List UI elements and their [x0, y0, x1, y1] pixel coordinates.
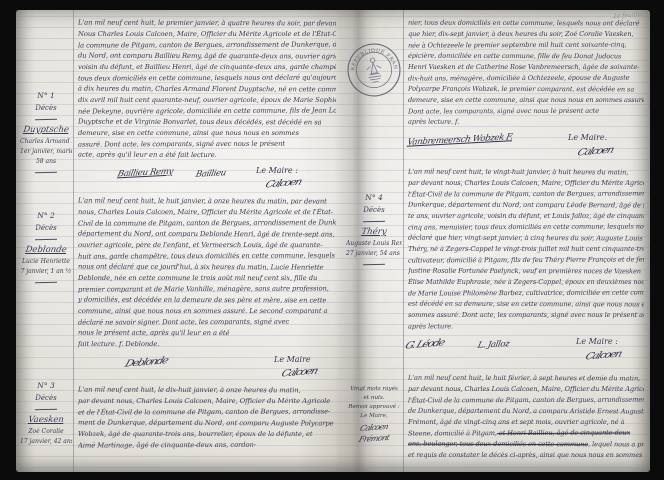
handwritten-line: nous, Charles Louis Calcoen, Maire, Offi…: [78, 207, 336, 218]
correction-margin-note: Vingt mots rayés et nuls. Renvoi approuv…: [344, 385, 404, 443]
margin-entry-2: N° 2 Décès Deblonde Lucie Henriette 7 ja…: [20, 210, 72, 287]
margin-detail: 58 ans: [20, 157, 72, 167]
margin-entry-3: N° 3 Décès Vaesken Zoé Coralie 17 janvie…: [20, 380, 72, 447]
margin-entry-4: N° 4 Décès Théry Auguste Louis René 27 j…: [346, 192, 402, 269]
handwritten-line: Justine Rosalie Fortunée Paelynck, veuf …: [408, 266, 644, 278]
le-maire-label: Le Maire :: [576, 337, 618, 346]
handwritten-line: L'an mil neuf cent huit, le premier janv…: [78, 18, 336, 30]
margin-rule: [363, 221, 385, 222]
le-maire-label: Le Maire: [274, 355, 311, 364]
right-text-column: nier, tous deux domiciliés en cette comm…: [408, 18, 644, 461]
handwritten-line: par devant nous, Charles Louis Calcoen, …: [408, 178, 644, 189]
margin-detail: Zoé Coralie: [20, 427, 72, 437]
margin-detail: 17 janvier, 42 ans: [20, 437, 72, 447]
deceased-name: Deblonde: [19, 244, 73, 257]
margin-entry-1: N° 1 Décès Duyptsche Charles Armand Flor…: [20, 90, 72, 177]
margin-detail: 1er janvier, marié: [20, 147, 72, 157]
act-category: Décès: [346, 204, 402, 216]
margin-rule: [35, 409, 57, 410]
handwritten-line: te ans, ouvrier agricole, voisin du défu…: [408, 211, 644, 222]
handwritten-line: Nous Charles Louis Calcoen, Maire, Offic…: [78, 29, 336, 40]
le-maire-label: Le Maire :: [256, 166, 298, 175]
handwritten-line: Frémont, âgé de vingt-cinq ans et sept m…: [408, 417, 644, 428]
handwritten-line: née à Ochtezeele le premier septembre mi…: [408, 39, 644, 51]
margin-detail: 7 janvier, 1 an ½: [20, 267, 72, 277]
handwritten-line: Aimé Martinage, âgé de cinquante-deux an…: [78, 439, 336, 451]
margin-detail: 27 janvier, 54 ans ½: [346, 249, 402, 259]
act-3-signatures: Vanbremeersch Wobzek F. Le Maire. Calcoe…: [408, 133, 644, 163]
act-4-signatures: G. Léode L. Jalloz Le Maire : Calcoen: [408, 337, 644, 369]
handwritten-line: Steene, domicilié à Pitgam, et Henri Bai…: [408, 427, 644, 439]
margin-rule: [363, 264, 385, 265]
handwritten-line: et requis de constater le décès ci-après…: [408, 450, 644, 461]
struck-text: et Henri Baillieu, âgé de cinquante-deux: [497, 429, 630, 438]
handwritten-line: Deblonde, née en cette commune le trois …: [78, 273, 336, 284]
mayor-signature: Calcoen: [584, 349, 623, 363]
handwritten-line: Henri Vaesken et de Catherine Rose Vanbr…: [408, 62, 644, 73]
act-number: N° 3: [20, 380, 72, 392]
handwritten-line: Duyptsche et de Virginie Bonvarlet, tous…: [78, 117, 336, 129]
official-stamp-icon: RÉPUBLIQUE FRANÇAISE: [342, 38, 405, 101]
declarant-signature: Vanbremeersch Wobzek F.: [406, 132, 513, 147]
handwritten-line: nier, tous deux domiciliés en cette comm…: [408, 18, 644, 30]
declarant-signature: Baillieu Remy: [117, 167, 174, 180]
declarant-signature: Deblonde: [123, 355, 169, 370]
act-1-signatures: Baillieu Remy Baillieu Le Maire : Calcoe…: [78, 166, 336, 192]
act-category: Décès: [20, 222, 72, 234]
handwritten-line: Dont acte, les comparants, signé avec no…: [408, 105, 644, 117]
handwritten-line: l'État-Civil de la commune de Pitgam, ca…: [408, 394, 644, 406]
margin-divider-line: [73, 10, 74, 472]
scanned-register-spread: { "scan": { "stamp_text": "RÉPUBLIQUE FR…: [0, 0, 664, 480]
handwritten-line: nous le présent acte, après qu'il leur e…: [78, 328, 336, 340]
struck-text: ans, boulanger, tous deux domiciliés en …: [408, 440, 588, 449]
text-segment: , lequel nous a présenté: [588, 440, 644, 448]
handwritten-line: épicière, domiciliée en cette commune, f…: [408, 51, 644, 63]
mayor-signature: Calcoen: [576, 145, 615, 159]
le-maire-label: Le Maire.: [568, 133, 607, 142]
right-page: 2e feuillet RÉPUBLIQUE FRANÇAISE N° 4 Dé…: [342, 10, 650, 472]
declarant-signature: Baillieu: [195, 168, 227, 180]
handwritten-line: par devant nous, Charles Louis Calcoen, …: [78, 396, 336, 407]
handwritten-line: ouvrier agricole, père de l'enfant, et V…: [78, 240, 336, 251]
handwritten-line: de Dunkerque, département du Nord, a com…: [408, 406, 644, 418]
handwritten-line: cinq ans, menuisier, tous deux domicilié…: [408, 221, 644, 233]
handwritten-line: fait lecture. f. Deblonde.: [78, 339, 336, 350]
margin-rule: [35, 119, 57, 120]
handwritten-line: ment de Dunkerque, département du Nord, …: [78, 418, 336, 430]
handwritten-line: Polycarpe François Wobzek, le premier co…: [408, 84, 644, 96]
handwritten-line: du Nord, ont comparu Baillieu Remy, âgé …: [78, 51, 336, 63]
register-paper: N° 1 Décès Duyptsche Charles Armand Flor…: [16, 10, 650, 472]
handwritten-line: de Marie Louise Philomène Barbez, cultiv…: [408, 287, 644, 299]
margin-rule: [35, 239, 57, 240]
handwritten-line: commune, ainsi que nous nous en sommes a…: [78, 306, 336, 317]
handwritten-line: Wobzek, âgé de quarante-trois ans, bourr…: [78, 429, 336, 440]
margin-rule: [35, 172, 57, 173]
act-category: Décès: [20, 102, 72, 114]
handwritten-line: par devant nous, Charles Louis Calcoen, …: [408, 384, 644, 395]
death-act-5-text: L'an mil neuf cent huit, le huit février…: [408, 373, 644, 461]
handwritten-line: demeure, sise en cette commune, ainsi qu…: [408, 95, 644, 106]
handwritten-line: est décédé en sa demeure, sise en cette …: [408, 299, 644, 311]
handwritten-line: après lecture. f.: [408, 117, 644, 129]
handwritten-line: y domiciliés, est décédée en la demeure …: [78, 295, 336, 307]
handwritten-line: Théry, né à Zegers-Cappel le vingt-trois…: [408, 244, 644, 255]
handwritten-line: que hier, dix-sept janvier, à deux heure…: [408, 29, 644, 40]
deceased-name: Théry: [345, 226, 403, 239]
text-segment: Steene, domicilié à Pitgam,: [408, 429, 497, 437]
margin-detail: Charles Armand Florent: [20, 137, 72, 147]
handwritten-line: Élise Mathilde Euphrasie, née à Zegers-C…: [408, 277, 644, 288]
act-number: N° 4: [346, 192, 402, 204]
death-act-2-text: L'an mil neuf cent huit, le huit janvier…: [78, 196, 336, 350]
margin-detail: Auguste Louis René: [346, 239, 402, 249]
margin-rule: [35, 282, 57, 283]
declarant-signature: L. Jalloz: [477, 339, 510, 351]
handwritten-line: cultivateur, domicilié à Pitgam, fils de…: [408, 254, 644, 266]
death-act-3-text: L'an mil neuf cent huit, le dix-huit jan…: [78, 385, 336, 451]
handwritten-line: après lecture.: [408, 320, 644, 332]
act-3-continuation-text: nier, tous deux domiciliés en cette comm…: [408, 18, 644, 128]
handwritten-line: voisin du défunt, et Baillieu Henri, âgé…: [78, 62, 336, 73]
mayor-signature: Calcoen: [264, 177, 303, 191]
handwritten-line: L'an mil neuf cent huit, le huit février…: [408, 373, 644, 385]
handwritten-line: demeure, sise en cette commune, ainsi qu…: [78, 128, 336, 139]
handwritten-line: acte, après qu'il leur en a été fait lec…: [78, 150, 336, 162]
note-line: Renvoi approuvé :: [344, 403, 404, 412]
note-line: Vingt mots rayés: [344, 385, 404, 394]
handwritten-line: département du Nord, ont comparu Deblond…: [78, 229, 336, 241]
death-act-1-text: L'an mil neuf cent huit, le premier janv…: [78, 18, 336, 161]
handwritten-line: Dunkerque, département du Nord, ont comp…: [408, 200, 644, 212]
deceased-name: Vaesken: [19, 414, 73, 427]
mayor-signature: Calcoen: [280, 366, 319, 380]
handwritten-line: L'an mil neuf cent huit, le dix-huit jan…: [78, 385, 336, 397]
margin-detail: Lucie Henriette: [20, 257, 72, 267]
deceased-name: Duyptsche: [19, 124, 73, 137]
handwritten-line: dix avril mil huit cent quarante-neuf, o…: [78, 95, 336, 106]
declarant-signature: G. Léode: [403, 337, 445, 351]
death-act-4-text: L'an mil neuf cent huit, le vingt-huit j…: [408, 167, 644, 332]
handwritten-line: L'an mil neuf cent huit, le huit janvier…: [78, 196, 336, 208]
left-text-column: L'an mil neuf cent huit, le premier janv…: [78, 18, 336, 451]
act-2-signatures: Deblonde Le Maire Calcoen: [78, 355, 336, 381]
handwritten-line: nous ont déclaré que ce jourd'hui, à six…: [78, 262, 336, 274]
left-page: N° 1 Décès Duyptsche Charles Armand Flor…: [16, 10, 342, 472]
act-number: N° 2: [20, 210, 72, 222]
handwritten-line: ans, boulanger, tous deux domiciliés en …: [408, 439, 644, 451]
handwritten-line: à dix heures du matin, Charles Armand Fl…: [78, 84, 336, 96]
note-line: et nuls.: [344, 394, 404, 403]
handwritten-line: déclaré que hier, vingt-sept janvier, à …: [408, 233, 644, 245]
handwritten-line: sommes assuré. Dont acte, les comparants…: [408, 310, 644, 321]
handwritten-line: L'an mil neuf cent huit, le vingt-huit j…: [408, 167, 644, 179]
handwritten-line: l'État-Civil de la commune de Pitgam, ca…: [408, 188, 644, 200]
act-number: N° 1: [20, 90, 72, 102]
handwritten-line: dix-huit ans, ménagère, domiciliée à Och…: [408, 72, 644, 84]
act-category: Décès: [20, 392, 72, 404]
note-line: Le Maire,: [344, 412, 404, 421]
